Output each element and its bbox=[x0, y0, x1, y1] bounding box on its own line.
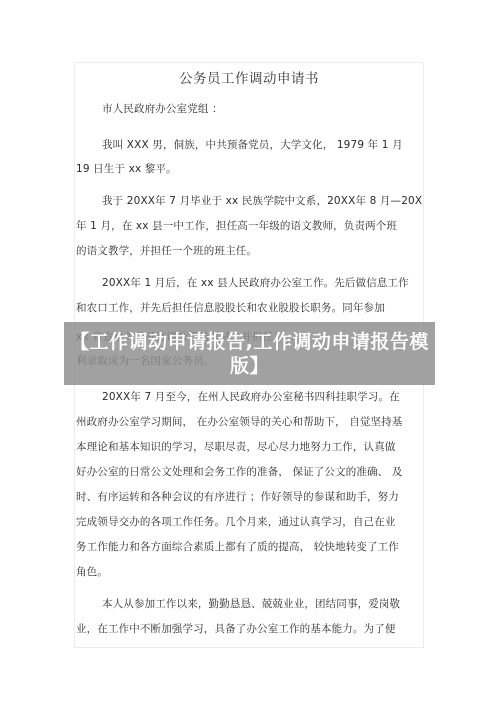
document-line: 19 日生于 xx 黎平。 bbox=[76, 161, 177, 176]
document-line: 州政府办公室学习期间， 在办公室领导的关心和帮助下， 自觉坚持基 bbox=[76, 414, 402, 429]
document-line: 好办公室的日常公文处理和会务工作的准备， 保证了公文的准确、 及 bbox=[76, 464, 402, 479]
document-line: 务工作能力和各方面综合素质上都有了质的提高， 较快地转变了工作 bbox=[76, 539, 399, 554]
document-line: 20XX年 7 月至今，在州人民政府办公室秘书四科挂职学习。在 bbox=[102, 389, 400, 404]
document-line: 本人从参加工作以来，勤勤恳恳、兢兢业业，团结同事，爱岗敬 bbox=[102, 596, 400, 611]
document-line: 我于 20XX年 7 月毕业于 xx 民族学院中文系，20XX年 8 月—20X… bbox=[102, 193, 424, 208]
document-line: 20XX年 1 月后，在 xx 县人民政府办公室工作。先后做信息工作 bbox=[102, 275, 409, 290]
document-line: 本理论和基本知识的学习，尽职尽责，尽心尽力地努力工作，认真做 bbox=[76, 439, 396, 454]
document-line: 年 1 月，在 xx 县一中工作，担任高一年级的语文教师，负责两个班 bbox=[76, 218, 397, 233]
document-line: 的语文教学，并担任一个班的班主任。 bbox=[76, 243, 257, 258]
document-line: 业，在工作中不断加强学习，具备了办公室工作的基本能力。为了便 bbox=[76, 621, 396, 636]
document-line: 角色。 bbox=[76, 564, 108, 579]
document-line: 市人民政府办公室党组 ： bbox=[102, 101, 223, 116]
document-line: 完成领导交办的各项工作任务。几个月来，通过认真学习，自己在业 bbox=[76, 514, 396, 529]
document-line: 和农口工作，并先后担任信息股股长和农业股股长职务。同年参加 bbox=[76, 300, 385, 315]
document-line: 时、有序运转和各种会议的有序进行 ；作好领导的参谋和助手，努力 bbox=[76, 489, 399, 504]
document-line: 我叫 XXX 男，侗族，中共预备党员，大学文化， 1979 年 1 月 bbox=[102, 137, 403, 152]
document-title: 公务员工作调动申请书 bbox=[75, 67, 423, 87]
title-overlay-banner: 【工作调动申请报告,工作调动申请报告模版】 bbox=[64, 322, 435, 385]
banner-title: 【工作调动申请报告,工作调动申请报告模版】 bbox=[70, 330, 429, 378]
